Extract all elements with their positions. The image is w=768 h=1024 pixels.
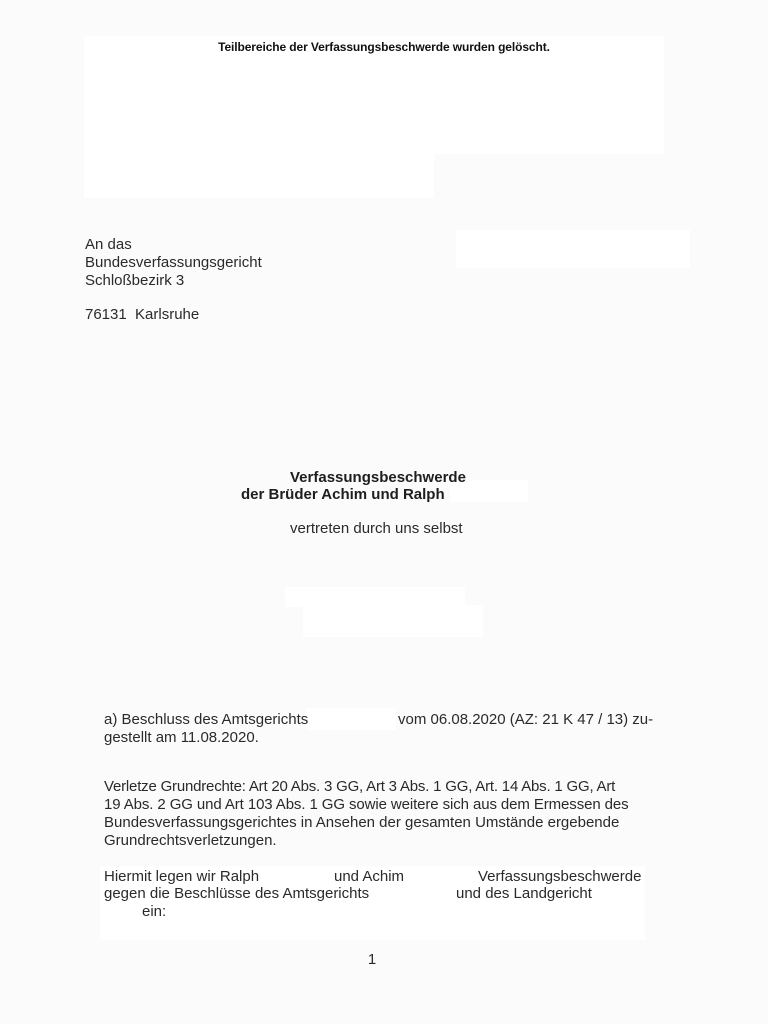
decision-line-2: gestellt am 11.08.2020. bbox=[104, 729, 259, 747]
rights-line-4: Grundrechtsverletzungen. bbox=[104, 832, 277, 850]
redaction-sender-right bbox=[456, 230, 690, 268]
redaction-case-block-2 bbox=[303, 605, 483, 637]
filing-line-1b: und Achim bbox=[334, 868, 404, 886]
recipient-line-1: An das bbox=[85, 236, 132, 254]
filing-line-1c: Verfassungsbeschwerde bbox=[478, 868, 641, 886]
decision-part-2: vom 06.08.2020 (AZ: 21 K 47 / 13) zu- bbox=[398, 711, 653, 729]
deletion-notice: Teilbereiche der Verfassungsbeschwerde w… bbox=[0, 40, 768, 54]
rights-line-2: 19 Abs. 2 GG und Art 103 Abs. 1 GG sowie… bbox=[104, 796, 629, 814]
rights-line-3: Bundesverfassungsgerichtes in Ansehen de… bbox=[104, 814, 619, 832]
representation-note: vertreten durch uns selbst bbox=[290, 520, 463, 538]
redaction-header-left bbox=[84, 150, 434, 198]
decision-part-1: a) Beschluss des Amtsgerichts bbox=[104, 711, 308, 729]
filing-line-3: ein: bbox=[142, 903, 166, 921]
document-subtitle: der Brüder Achim und Ralph bbox=[241, 486, 445, 504]
redaction-case-block-1 bbox=[285, 587, 465, 607]
rights-line-1: Verletze Grundrechte: Art 20 Abs. 3 GG, … bbox=[104, 778, 615, 796]
recipient-city: 76131 Karlsruhe bbox=[85, 306, 199, 324]
page-number: 1 bbox=[0, 951, 744, 968]
recipient-line-2: Bundesverfassungsgericht bbox=[85, 254, 262, 272]
redaction-court-location-1 bbox=[306, 708, 396, 730]
document-title: Verfassungsbeschwerde bbox=[290, 469, 466, 487]
recipient-line-3: Schloßbezirk 3 bbox=[85, 272, 184, 290]
filing-line-2a: gegen die Beschlüsse des Amtsgerichts bbox=[104, 885, 369, 903]
filing-line-1a: Hiermit legen wir Ralph bbox=[104, 868, 259, 886]
filing-line-2b: und des Landgericht bbox=[456, 885, 592, 903]
